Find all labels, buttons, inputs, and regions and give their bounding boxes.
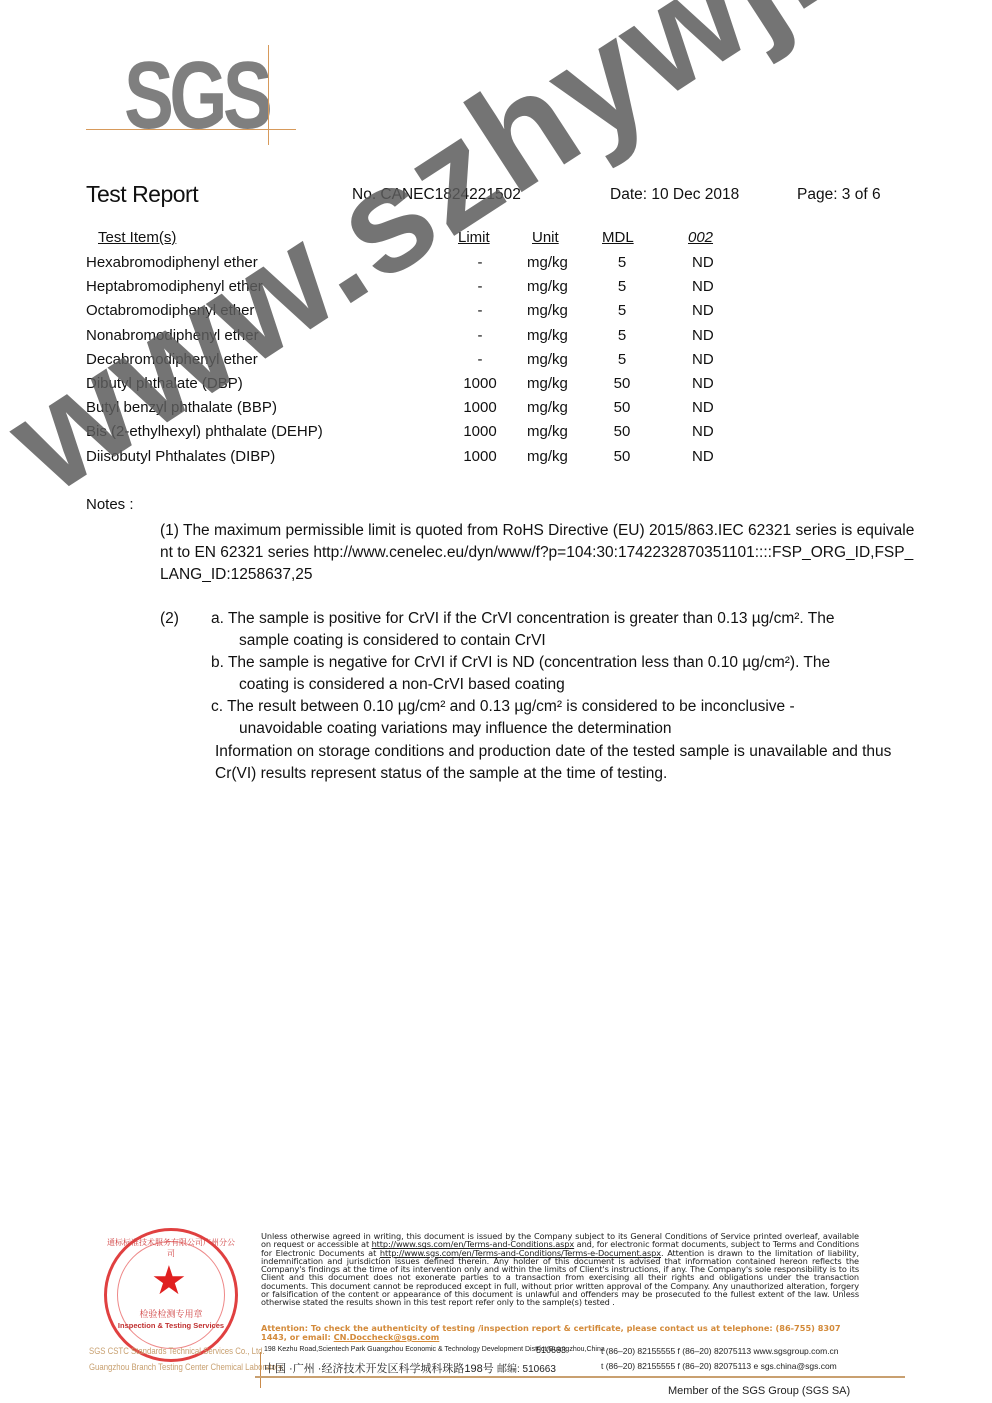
table-row: Dibutyl phthalate (DBP)1000mg/kg50ND <box>0 375 992 399</box>
storage-info-note: Information on storage conditions and pr… <box>215 741 895 785</box>
table-row: Nonabromodiphenyl ether-mg/kg5ND <box>0 327 992 351</box>
result-cell: ND <box>692 399 714 416</box>
doccheck-email-link[interactable]: CN.Doccheck@sgs.com <box>334 1332 440 1342</box>
logo-vertical-rule <box>268 45 269 145</box>
contact-line-1: t (86–20) 82155555 f (86–20) 82075113 ww… <box>601 1346 839 1356</box>
test-item-cell: Butyl benzyl phthalate (BBP) <box>86 399 277 416</box>
test-item-cell: Dibutyl phthalate (DBP) <box>86 375 243 392</box>
limit-cell: - <box>440 278 520 295</box>
limit-cell: 1000 <box>440 399 520 416</box>
limit-cell: - <box>440 327 520 344</box>
result-cell: ND <box>692 423 714 440</box>
limit-cell: 1000 <box>440 448 520 465</box>
note-2c-line1: c. The result between 0.10 µg/cm² and 0.… <box>211 698 795 715</box>
mdl-cell: 50 <box>592 448 652 465</box>
note-2a-line1: a. The sample is positive for CrVI if th… <box>196 610 834 627</box>
logo-horizontal-rule <box>86 129 296 130</box>
seal-center-en: Inspection & Testing Services <box>107 1321 235 1330</box>
notes-label: Notes : <box>86 496 134 513</box>
postcode-cn: 邮编: 510663 <box>497 1360 556 1375</box>
page-indicator: Page: 3 of 6 <box>797 186 881 204</box>
seal-center-cn: 检验检测专用章 <box>107 1307 235 1320</box>
company-name: SGS CSTC Standards Technical Services Co… <box>89 1344 284 1376</box>
test-item-cell: Heptabromodiphenyl ether <box>86 278 263 295</box>
note-2c: c. The result between 0.10 µg/cm² and 0.… <box>211 696 891 740</box>
unit-cell: mg/kg <box>527 448 568 465</box>
mdl-cell: 5 <box>592 254 652 271</box>
mdl-cell: 5 <box>592 351 652 368</box>
limit-cell: - <box>440 351 520 368</box>
note-2b: b. The sample is negative for CrVI if Cr… <box>211 652 891 696</box>
postcode-en: 510663 <box>536 1345 566 1355</box>
column-header-sample-002: 002 <box>688 229 713 246</box>
limit-cell: - <box>440 254 520 271</box>
table-row: Butyl benzyl phthalate (BBP)1000mg/kg50N… <box>0 399 992 423</box>
note-2-prefix: (2) <box>160 608 179 630</box>
mdl-cell: 50 <box>592 399 652 416</box>
report-number: No. CANEC1824221502 <box>352 186 521 204</box>
table-row: Decabromodiphenyl ether-mg/kg5ND <box>0 351 992 375</box>
unit-cell: mg/kg <box>527 327 568 344</box>
note-2a: a. The sample is positive for CrVI if th… <box>196 608 876 652</box>
test-item-cell: Hexabromodiphenyl ether <box>86 254 258 271</box>
report-title: Test Report <box>86 181 198 208</box>
result-cell: ND <box>692 327 714 344</box>
table-row: Octabromodiphenyl ether-mg/kg5ND <box>0 302 992 326</box>
mdl-cell: 50 <box>592 423 652 440</box>
result-cell: ND <box>692 302 714 319</box>
mdl-cell: 5 <box>592 327 652 344</box>
report-date: Date: 10 Dec 2018 <box>610 186 739 204</box>
authenticity-attention: Attention: To check the authenticity of … <box>261 1324 861 1342</box>
star-icon: ★ <box>151 1261 187 1301</box>
test-item-cell: Bis (2-ethylhexyl) phthalate (DEHP) <box>86 423 323 440</box>
test-item-cell: Decabromodiphenyl ether <box>86 351 258 368</box>
test-item-cell: Octabromodiphenyl ether <box>86 302 254 319</box>
limit-cell: 1000 <box>440 423 520 440</box>
footer-vertical-rule <box>260 1352 261 1388</box>
result-cell: ND <box>692 254 714 271</box>
sgs-group-membership: Member of the SGS Group (SGS SA) <box>668 1385 850 1397</box>
mdl-cell: 5 <box>592 302 652 319</box>
table-row: Bis (2-ethylhexyl) phthalate (DEHP)1000m… <box>0 423 992 447</box>
unit-cell: mg/kg <box>527 375 568 392</box>
column-header-mdl: MDL <box>602 229 634 246</box>
address-cn-text: 中国 ·广州 ·经济技术开发区科学城科珠路198号 <box>264 1363 494 1375</box>
table-row: Diisobutyl Phthalates (DIBP)1000mg/kg50N… <box>0 448 992 472</box>
column-header-test-item: Test Item(s) <box>98 229 176 246</box>
company-seal: 通标标准技术服务有限公司广州分公司 ★ 检验检测专用章 Inspection &… <box>104 1228 238 1362</box>
mdl-cell: 5 <box>592 278 652 295</box>
address-chinese: 中国 ·广州 ·经济技术开发区科学城科珠路198号 邮编: 510663 <box>264 1360 494 1376</box>
unit-cell: mg/kg <box>527 254 568 271</box>
legal-disclaimer: Unless otherwise agreed in writing, this… <box>261 1232 859 1307</box>
footer-horizontal-rule <box>255 1376 905 1378</box>
limit-cell: 1000 <box>440 375 520 392</box>
mdl-cell: 50 <box>592 375 652 392</box>
unit-cell: mg/kg <box>527 399 568 416</box>
result-cell: ND <box>692 351 714 368</box>
address-english: 198 Kezhu Road,Scientech Park Guangzhou … <box>264 1346 605 1353</box>
column-header-limit: Limit <box>458 229 490 246</box>
result-cell: ND <box>692 278 714 295</box>
note-2c-line2: unavoidable coating variations may influ… <box>211 718 891 740</box>
disclaimer-part-3: . Attention is drawn to the limitation o… <box>261 1248 859 1308</box>
note-1: (1) The maximum permissible limit is quo… <box>160 520 920 586</box>
unit-cell: mg/kg <box>527 302 568 319</box>
company-line-1: SGS CSTC Standards Technical Services Co… <box>89 1344 284 1360</box>
unit-cell: mg/kg <box>527 423 568 440</box>
company-line-2: Guangzhou Branch Testing Center Chemical… <box>89 1360 284 1376</box>
contact-line-2: t (86–20) 82155555 f (86–20) 82075113 e … <box>601 1361 837 1371</box>
table-row: Hexabromodiphenyl ether-mg/kg5ND <box>0 254 992 278</box>
unit-cell: mg/kg <box>527 278 568 295</box>
note-2b-line1: b. The sample is negative for CrVI if Cr… <box>211 654 830 671</box>
seal-ring-text: 通标标准技术服务有限公司广州分公司 <box>107 1237 235 1259</box>
note-2b-line2: coating is considered a non-CrVI based c… <box>211 674 891 696</box>
test-item-cell: Diisobutyl Phthalates (DIBP) <box>86 448 275 465</box>
note-2a-line2: sample coating is considered to contain … <box>196 630 876 652</box>
result-cell: ND <box>692 448 714 465</box>
test-item-cell: Nonabromodiphenyl ether <box>86 327 259 344</box>
limit-cell: - <box>440 302 520 319</box>
table-row: Heptabromodiphenyl ether-mg/kg5ND <box>0 278 992 302</box>
unit-cell: mg/kg <box>527 351 568 368</box>
column-header-unit: Unit <box>532 229 559 246</box>
result-cell: ND <box>692 375 714 392</box>
